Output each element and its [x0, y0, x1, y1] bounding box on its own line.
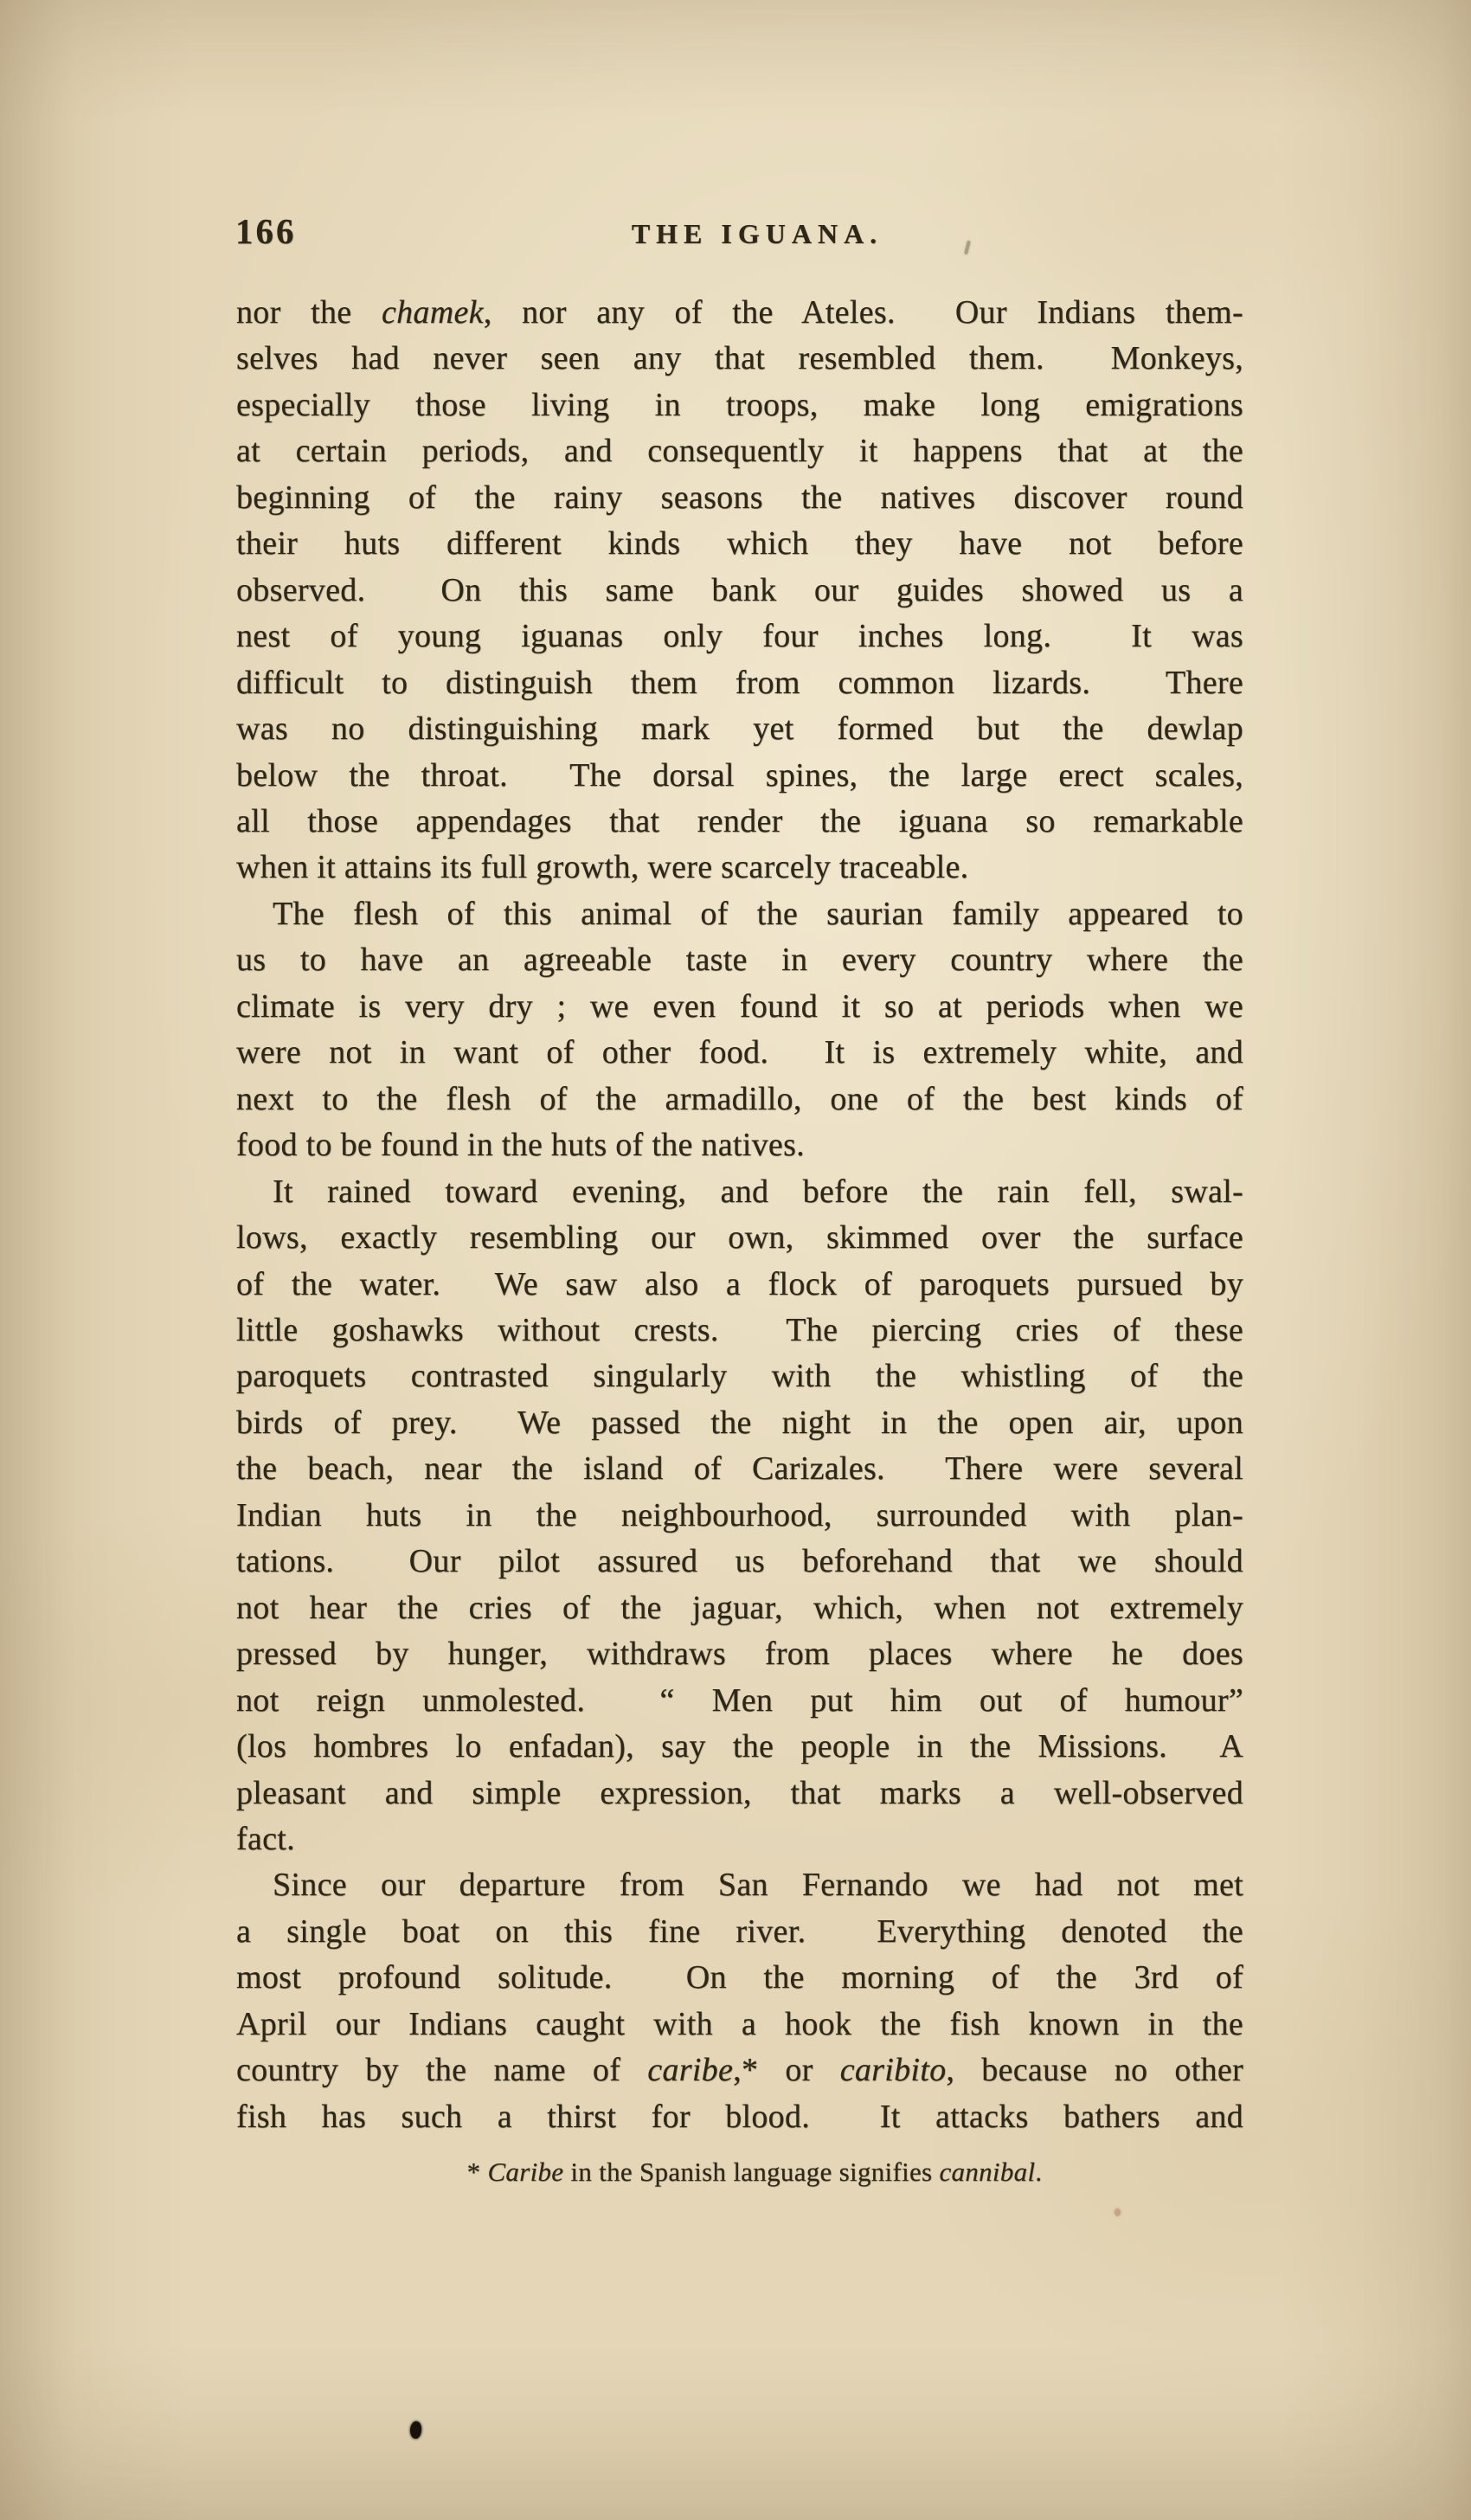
text-line: were not in want of other food. It is ex… — [236, 1030, 1243, 1076]
text-run: nest of young iguanas only four inches l… — [236, 618, 1243, 654]
text-line: difficult to distinguish them from commo… — [236, 660, 1243, 706]
text-line: selves had never seen any that resembled… — [236, 336, 1243, 382]
text-run: beginning of the rainy seasons the nativ… — [236, 479, 1243, 516]
text-line: at certain periods, and consequently it … — [236, 428, 1243, 474]
text-line: of the water. We saw also a flock of par… — [236, 1262, 1243, 1308]
text-run: difficult to distinguish them from commo… — [236, 665, 1243, 701]
text-line: observed. On this same bank our guides s… — [236, 568, 1243, 614]
text-run: fish has such a thirst for blood. It att… — [236, 2099, 1243, 2135]
text-run: were not in want of other food. It is ex… — [236, 1034, 1243, 1070]
italic-text: Caribe — [487, 2157, 563, 2187]
text-run: was no distinguishing mark yet formed bu… — [236, 710, 1243, 747]
text-line: food to be found in the huts of the nati… — [236, 1122, 1243, 1168]
text-line: nor the chamek, nor any of the Ateles. O… — [236, 290, 1243, 336]
text-line: us to have an agreeable taste in every c… — [236, 937, 1243, 983]
text-run: The flesh of this animal of the saurian … — [273, 896, 1243, 932]
text-line: climate is very dry ; we even found it s… — [236, 984, 1243, 1030]
running-title: THE IGUANA. — [236, 218, 1243, 250]
text-line: pressed by hunger, withdraws from places… — [236, 1631, 1243, 1677]
text-line: all those appendages that render the igu… — [236, 799, 1243, 845]
text-line: little goshawks without crests. The pier… — [236, 1308, 1243, 1353]
text-line: Indian huts in the neighbourhood, surrou… — [236, 1493, 1243, 1539]
text-run: (los hombres lo enfadan), say the people… — [236, 1728, 1243, 1765]
text-line: their huts different kinds which they ha… — [236, 521, 1243, 567]
italic-text: cannibal — [939, 2157, 1035, 2187]
text-line: birds of prey. We passed the night in th… — [236, 1400, 1243, 1446]
text-run: pleasant and simple expression, that mar… — [236, 1775, 1243, 1811]
text-line: was no distinguishing mark yet formed bu… — [236, 706, 1243, 752]
text-run: It rained toward evening, and before the… — [273, 1173, 1243, 1210]
italic-text: caribito — [840, 2052, 947, 2088]
text-run: their huts different kinds which they ha… — [236, 525, 1243, 562]
text-run: not reign unmolested. “ Men put him out … — [236, 1682, 1243, 1719]
text-run: when it attains its full growth, were sc… — [236, 849, 968, 885]
text-run: pressed by hunger, withdraws from places… — [236, 1636, 1243, 1672]
text-run: Indian huts in the neighbourhood, surrou… — [236, 1497, 1243, 1533]
text-run: of the water. We saw also a flock of par… — [236, 1266, 1243, 1302]
text-line: It rained toward evening, and before the… — [236, 1169, 1243, 1215]
text-line: pleasant and simple expression, that mar… — [236, 1771, 1243, 1816]
text-run: food to be found in the huts of the nati… — [236, 1127, 805, 1163]
text-run: ,* or — [733, 2052, 840, 2088]
text-run: not hear the cries of the jaguar, which,… — [236, 1590, 1243, 1626]
italic-text: chamek — [382, 294, 484, 331]
text-line: April our Indians caught with a hook the… — [236, 2002, 1243, 2047]
text-run: birds of prey. We passed the night in th… — [236, 1405, 1243, 1441]
text-run: Since our departure from San Fernando we… — [273, 1867, 1243, 1903]
text-run: a single boat on this fine river. Everyt… — [236, 1913, 1243, 1950]
text-run: in the Spanish language signifies — [563, 2157, 939, 2187]
text-run: all those appendages that render the igu… — [236, 803, 1243, 839]
body-text: nor the chamek, nor any of the Ateles. O… — [236, 290, 1243, 2140]
text-line: a single boat on this fine river. Everyt… — [236, 1909, 1243, 1955]
text-run: especially those living in troops, make … — [236, 387, 1243, 423]
text-line: The flesh of this animal of the saurian … — [236, 891, 1243, 937]
text-line: next to the flesh of the armadillo, one … — [236, 1077, 1243, 1122]
italic-text: caribe — [647, 2052, 733, 2088]
text-line: country by the name of caribe,* or carib… — [236, 2047, 1243, 2093]
text-run: below the throat. The dorsal spines, the… — [236, 757, 1243, 794]
text-line: lows, exactly resembling our own, skimme… — [236, 1215, 1243, 1261]
text-run: , nor any of the Ateles. Our Indians the… — [484, 294, 1243, 331]
text-line: most profound solitude. On the morning o… — [236, 1955, 1243, 2001]
text-line: beginning of the rainy seasons the nativ… — [236, 475, 1243, 521]
text-run: next to the flesh of the armadillo, one … — [236, 1081, 1243, 1117]
text-run: the beach, near the island of Carizales.… — [236, 1450, 1243, 1487]
text-run: paroquets contrasted singularly with the… — [236, 1358, 1243, 1394]
text-run: lows, exactly resembling our own, skimme… — [236, 1219, 1243, 1256]
text-line: when it attains its full growth, were sc… — [236, 845, 1243, 890]
text-line: Since our departure from San Fernando we… — [236, 1862, 1243, 1908]
text-run: climate is very dry ; we even found it s… — [236, 988, 1243, 1025]
text-line: (los hombres lo enfadan), say the people… — [236, 1724, 1243, 1770]
smudge-mark — [1114, 2208, 1121, 2216]
text-line: paroquets contrasted singularly with the… — [236, 1353, 1243, 1399]
text-run: * — [467, 2157, 488, 2187]
text-line: the beach, near the island of Carizales.… — [236, 1446, 1243, 1492]
text-line: not reign unmolested. “ Men put him out … — [236, 1678, 1243, 1724]
text-run: tations. Our pilot assured us beforehand… — [236, 1543, 1243, 1579]
ink-dot-mark — [409, 2420, 422, 2439]
text-run: nor the — [236, 294, 382, 331]
text-run: selves had never seen any that resembled… — [236, 340, 1243, 376]
text-run: observed. On this same bank our guides s… — [236, 572, 1243, 608]
text-run: at certain periods, and consequently it … — [236, 433, 1243, 469]
text-run: us to have an agreeable taste in every c… — [236, 942, 1243, 978]
text-line: nest of young iguanas only four inches l… — [236, 614, 1243, 659]
book-page: 166 THE IGUANA. nor the chamek, nor any … — [0, 0, 1471, 2520]
text-line: fish has such a thirst for blood. It att… — [236, 2094, 1243, 2140]
text-line: tations. Our pilot assured us beforehand… — [236, 1539, 1243, 1585]
footnote: * Caribe in the Spanish language signifi… — [236, 2155, 1243, 2189]
text-line: not hear the cries of the jaguar, which,… — [236, 1585, 1243, 1631]
text-run: most profound solitude. On the morning o… — [236, 1959, 1243, 1996]
text-run: . — [1035, 2157, 1042, 2187]
text-run: April our Indians caught with a hook the… — [236, 2006, 1243, 2042]
text-run: country by the name of — [236, 2052, 647, 2088]
text-run: , because no other — [946, 2052, 1243, 2088]
text-run: fact. — [236, 1821, 295, 1857]
text-run: little goshawks without crests. The pier… — [236, 1312, 1243, 1348]
text-line: especially those living in troops, make … — [236, 382, 1243, 428]
text-line: below the throat. The dorsal spines, the… — [236, 753, 1243, 799]
text-line: fact. — [236, 1816, 1243, 1862]
